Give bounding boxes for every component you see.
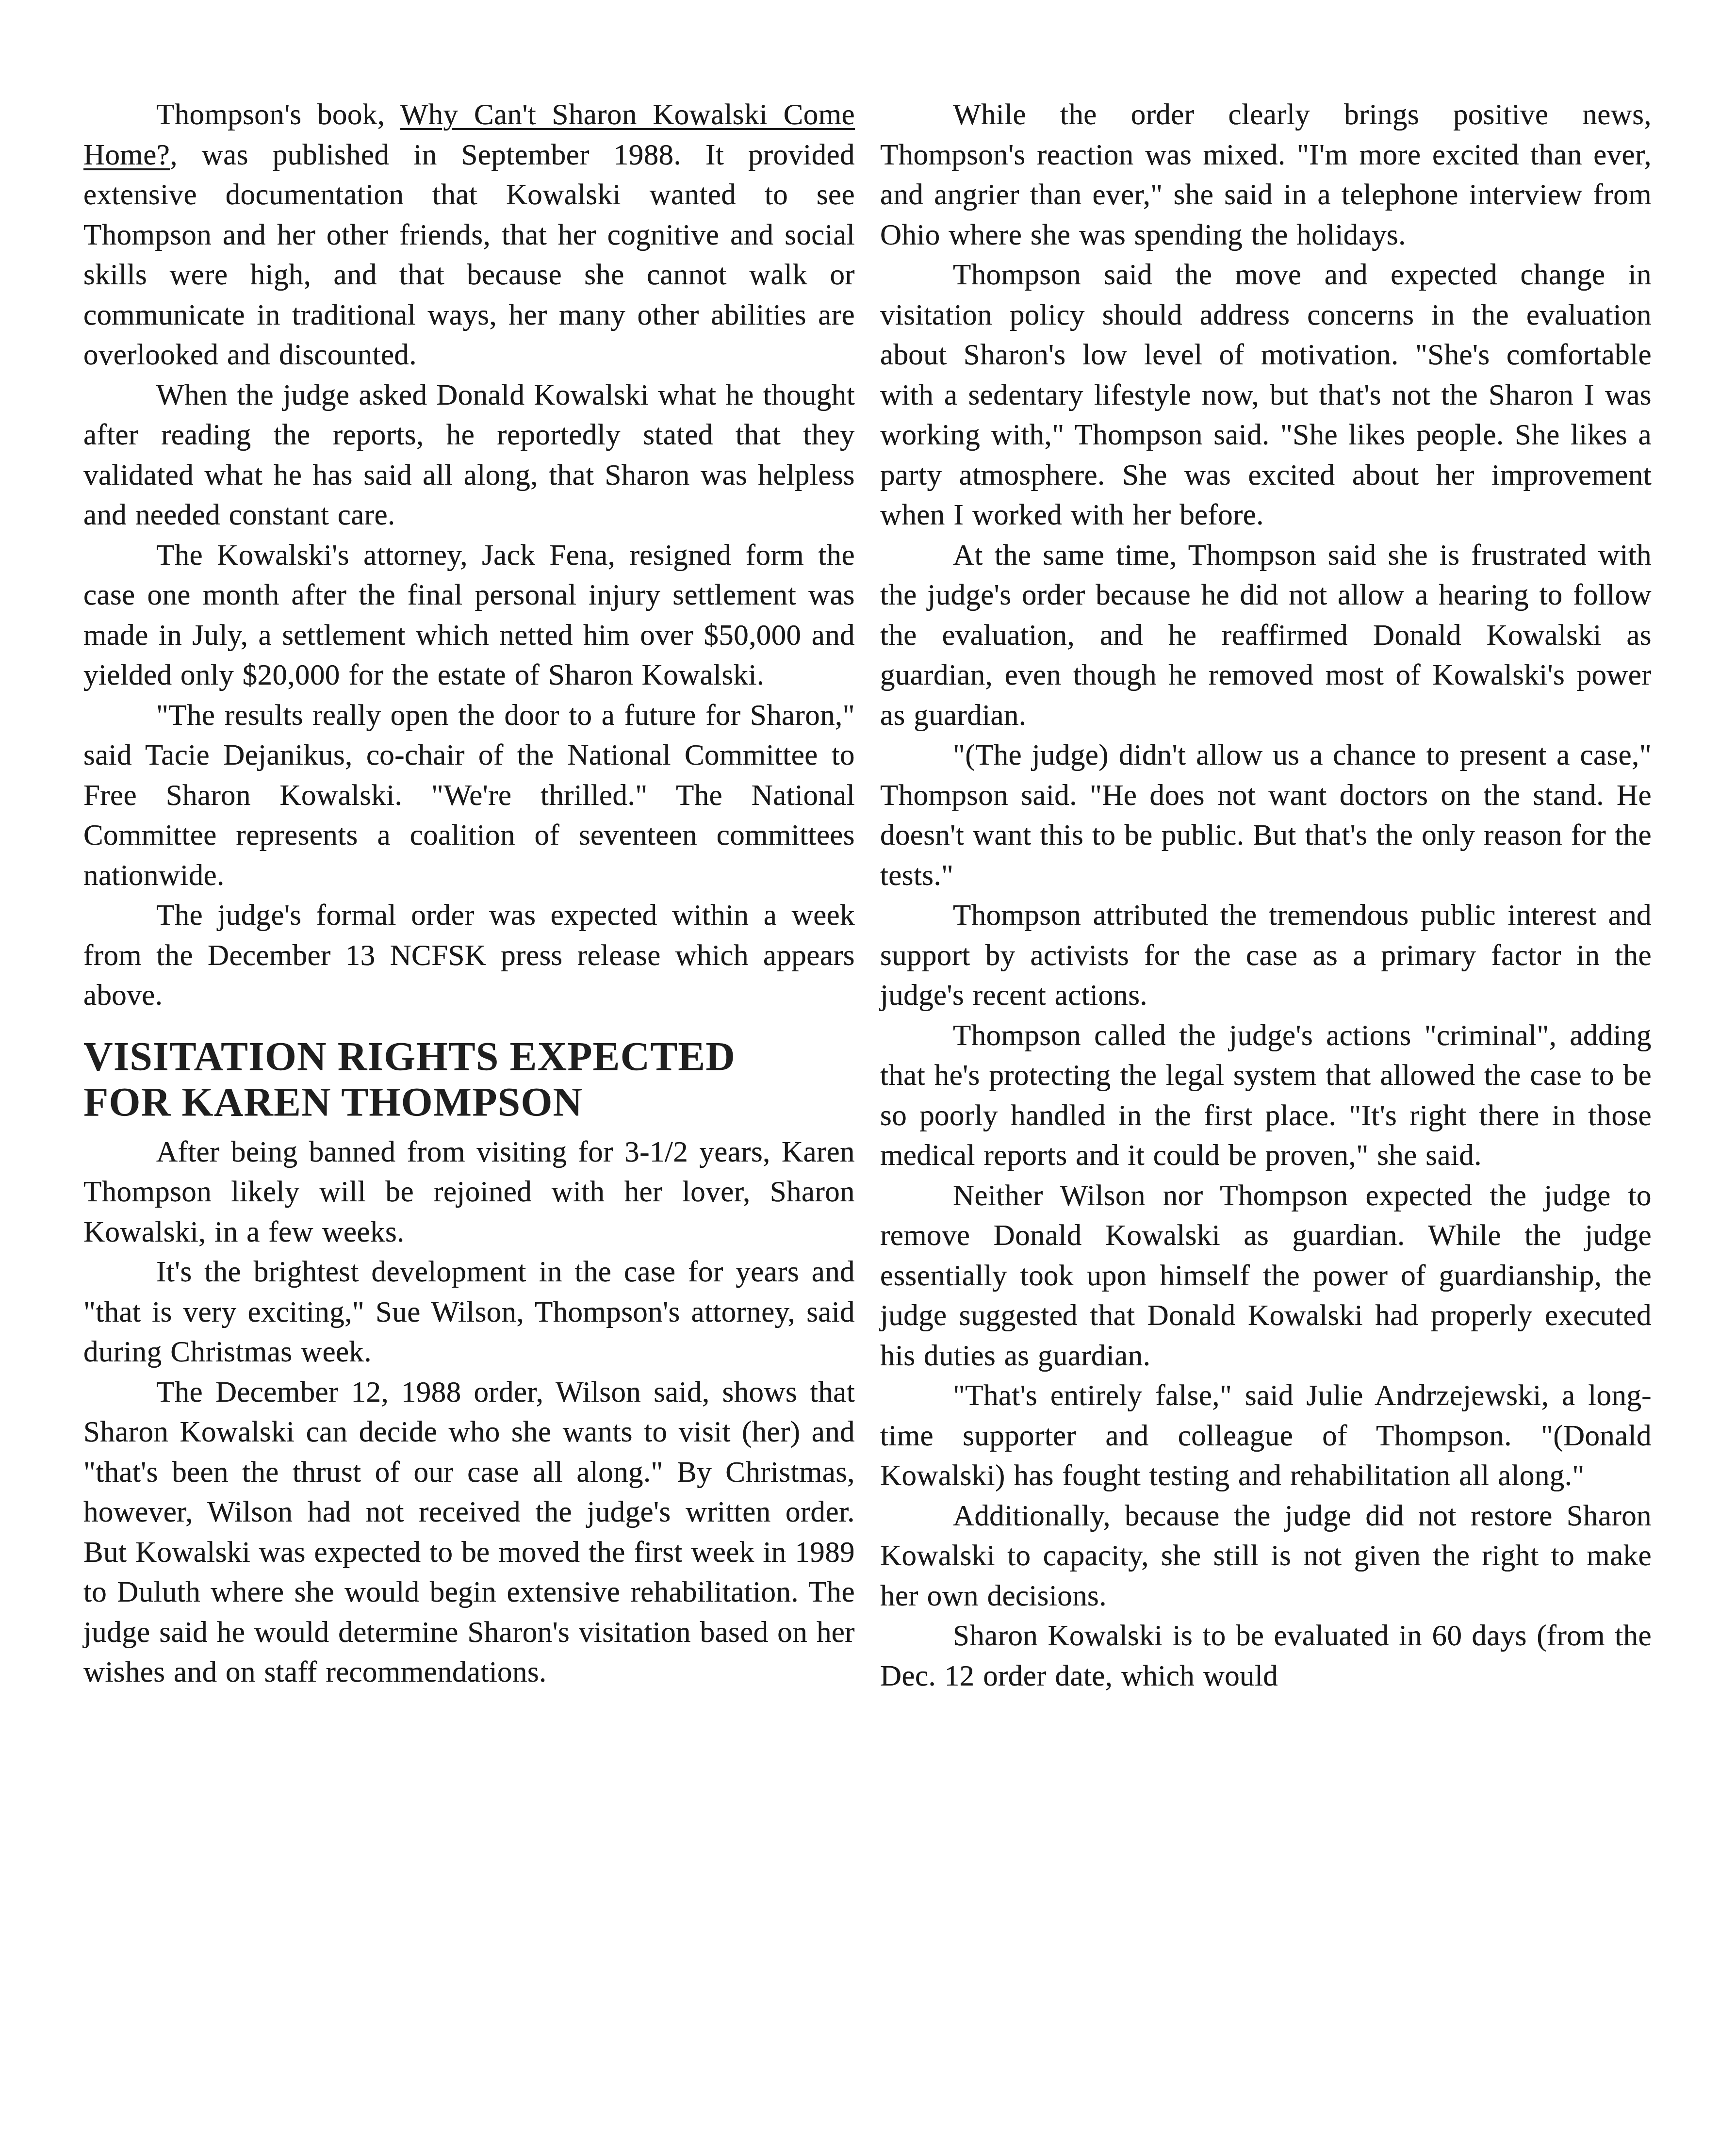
article-headline: VISITATION RIGHTS EXPECTED FOR KAREN THO… [83,1034,855,1126]
paragraph-book-documentation: Thompson's book, Why Can't Sharon Kowals… [83,95,855,376]
paragraph-mixed-reaction: While the order clearly brings positive … [880,95,1652,255]
paragraph-brightest-development: It's the brightest development in the ca… [83,1252,855,1373]
paragraph-lead-text: Thompson's book, [156,98,400,131]
paragraph-guardian-expectation: Neither Wilson nor Thompson expected the… [880,1176,1652,1376]
paragraph-formal-order: The judge's formal order was expected wi… [83,896,855,1016]
newsletter-page: Thompson's book, Why Can't Sharon Kowals… [83,95,1652,2075]
paragraph-frustrated: At the same time, Thompson said she is f… [880,536,1652,736]
paragraph-criminal: Thompson called the judge's actions "cri… [880,1016,1652,1176]
paragraph-banned-visiting: After being banned from visiting for 3-1… [83,1132,855,1253]
paragraph-entirely-false: "That's entirely false," said Julie Andr… [880,1376,1652,1496]
paragraph-judge-asked: When the judge asked Donald Kowalski wha… [83,376,855,536]
paragraph-attorney-resigned: The Kowalski's attorney, Jack Fena, resi… [83,536,855,696]
paragraph-evaluation-60-days: Sharon Kowalski is to be evaluated in 60… [880,1616,1652,1696]
headline-line-1: VISITATION RIGHTS EXPECTED [83,1034,855,1080]
left-column: Thompson's book, Why Can't Sharon Kowals… [83,95,855,2075]
paragraph-visitation-policy: Thompson said the move and expected chan… [880,255,1652,536]
headline-line-2: FOR KAREN THOMPSON [83,1080,855,1126]
paragraph-results-quote: "The results really open the door to a f… [83,696,855,896]
paragraph-december-order: The December 12, 1988 order, Wilson said… [83,1373,855,1693]
paragraph-public-interest: Thompson attributed the tremendous publi… [880,896,1652,1016]
paragraph-capacity: Additionally, because the judge did not … [880,1496,1652,1617]
right-column: While the order clearly brings positive … [880,95,1652,2075]
paragraph-rest-text: , was published in September 1988. It pr… [83,139,855,372]
paragraph-present-case-quote: "(The judge) didn't allow us a chance to… [880,736,1652,896]
